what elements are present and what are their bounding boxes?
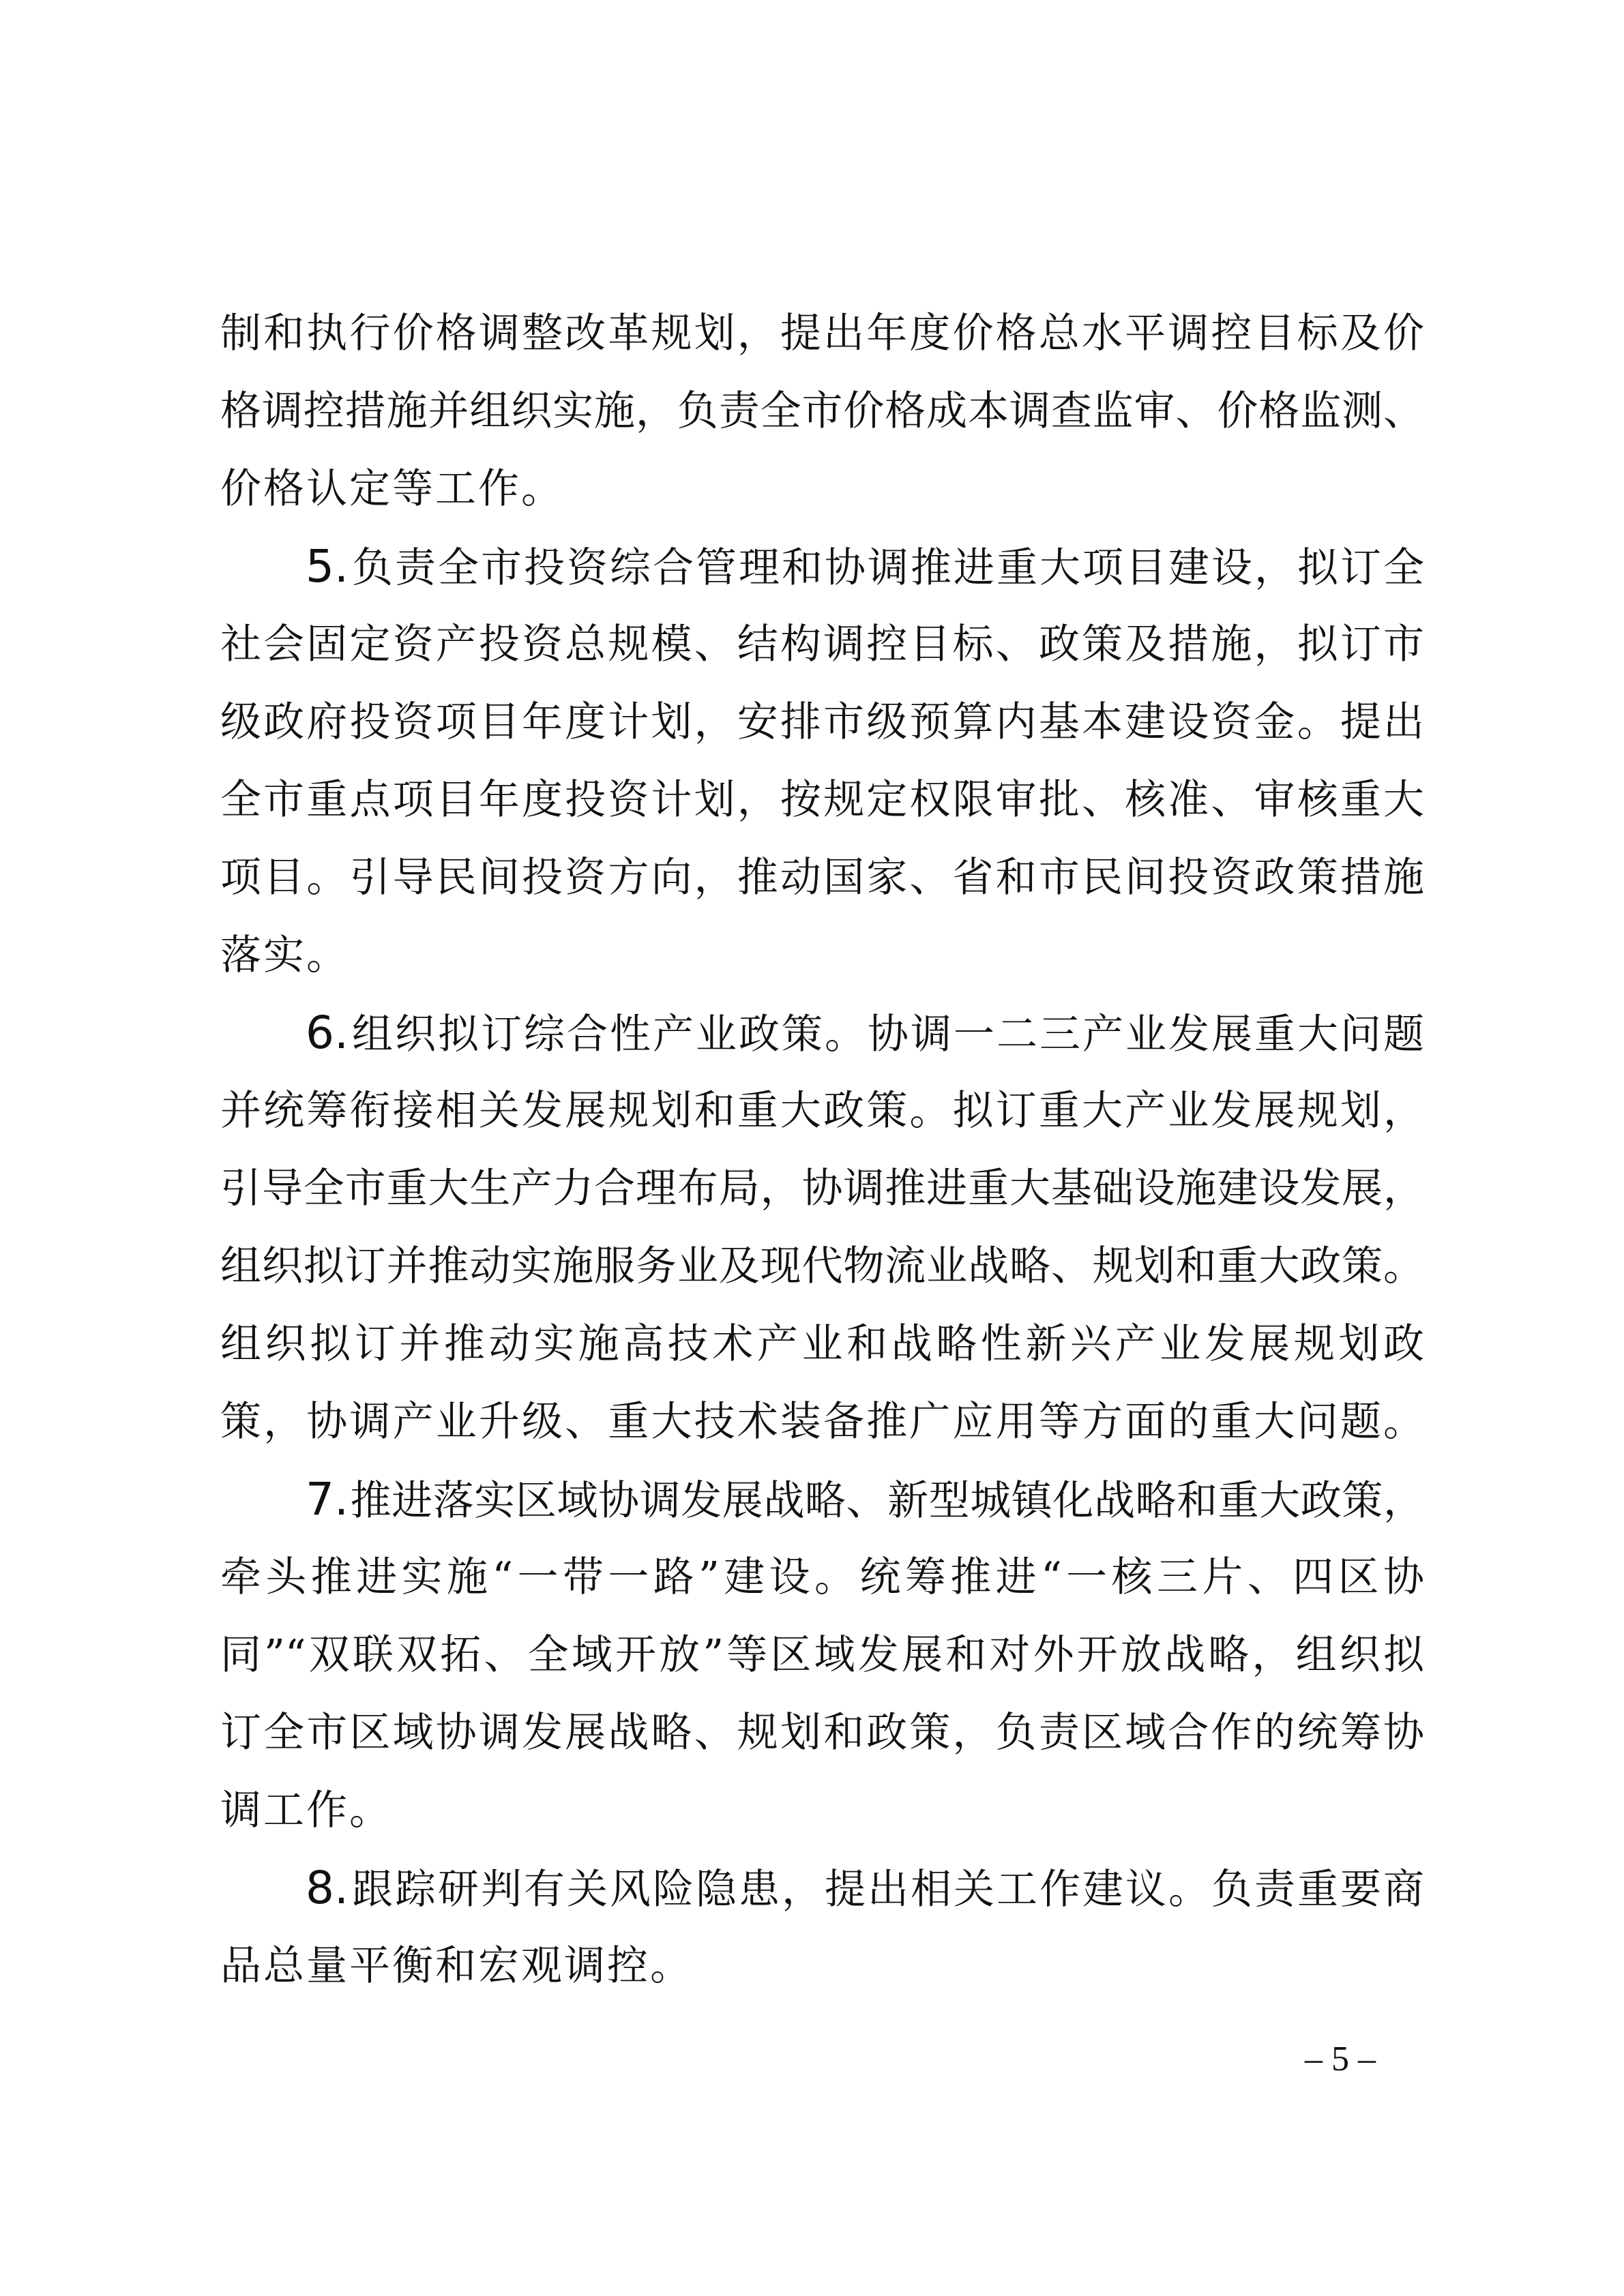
text-line: 策，协调产业升级、重大技术装备推广应用等方面的重大问题。 — [220, 1392, 1424, 1470]
text-line: 级政府投资项目年度计划，安排市级预算内基本建设资金。提出 — [220, 693, 1424, 771]
page-number: – 5 – — [1296, 2036, 1385, 2083]
text-line: 社会固定资产投资总规模、结构调控目标、政策及措施，拟订市 — [220, 615, 1424, 693]
text-line: 订全市区域协调发展战略、规划和政策，负责区域合作的统筹协 — [220, 1703, 1424, 1781]
paragraph-7-first-line: 7.推进落实区域协调发展战略、新型城镇化战略和重大政策， — [220, 1470, 1424, 1548]
text-line: 全市重点项目年度投资计划，按规定权限审批、核准、审核重大 — [220, 771, 1424, 848]
text-line: 牵头推进实施“一带一路”建设。统筹推进“一核三片、四区协 — [220, 1548, 1424, 1626]
text-line: 并统筹衔接相关发展规划和重大政策。拟订重大产业发展规划， — [220, 1082, 1424, 1159]
text-line: 价格认定等工作。 — [220, 460, 1424, 537]
item-number: 6. — [306, 1007, 349, 1059]
paragraph-5-first-line: 5.负责全市投资综合管理和协调推进重大项目建设，拟订全 — [220, 537, 1424, 615]
text-line: 同”“双联双拓、全域开放”等区域发展和对外开放战略，组织拟 — [220, 1626, 1424, 1703]
paragraph-8-first-line: 8.跟踪研判有关风险隐患，提出相关工作建议。负责重要商 — [220, 1859, 1424, 1937]
text-line: 落实。 — [220, 926, 1424, 1004]
paragraph-6-first-line: 6.组织拟订综合性产业政策。协调一二三产业发展重大问题 — [220, 1004, 1424, 1082]
text-line: 引导全市重大生产力合理布局，协调推进重大基础设施建设发展， — [220, 1159, 1424, 1237]
text-line: 品总量平衡和宏观调控。 — [220, 1937, 1424, 2014]
item-number: 8. — [306, 1862, 349, 1914]
text-line: 负责全市投资综合管理和协调推进重大项目建设，拟订全 — [350, 544, 1424, 592]
text-line: 调工作。 — [220, 1781, 1424, 1859]
document-page: 制和执行价格调整改革规划，提出年度价格总水平调控目标及价 格调控措施并组织实施，… — [0, 0, 1624, 2296]
text-line: 项目。引导民间投资方向，推动国家、省和市民间投资政策措施 — [220, 848, 1424, 926]
item-number: 5. — [306, 540, 349, 593]
item-number: 7. — [306, 1473, 349, 1525]
text-line: 格调控措施并组织实施，负责全市价格成本调查监审、价格监测、 — [220, 382, 1424, 460]
text-line: 组织拟订综合性产业政策。协调一二三产业发展重大问题 — [350, 1011, 1424, 1058]
text-line: 组织拟订并推动实施服务业及现代物流业战略、规划和重大政策。 — [220, 1237, 1424, 1315]
text-line: 组织拟订并推动实施高技术产业和战略性新兴产业发展规划政 — [220, 1315, 1424, 1392]
text-line: 制和执行价格调整改革规划，提出年度价格总水平调控目标及价 — [220, 304, 1424, 382]
text-line: 跟踪研判有关风险隐患，提出相关工作建议。负责重要商 — [350, 1866, 1424, 1913]
document-body: 制和执行价格调整改革规划，提出年度价格总水平调控目标及价 格调控措施并组织实施，… — [220, 304, 1424, 2014]
text-line: 推进落实区域协调发展战略、新型城镇化战略和重大政策， — [350, 1477, 1424, 1525]
